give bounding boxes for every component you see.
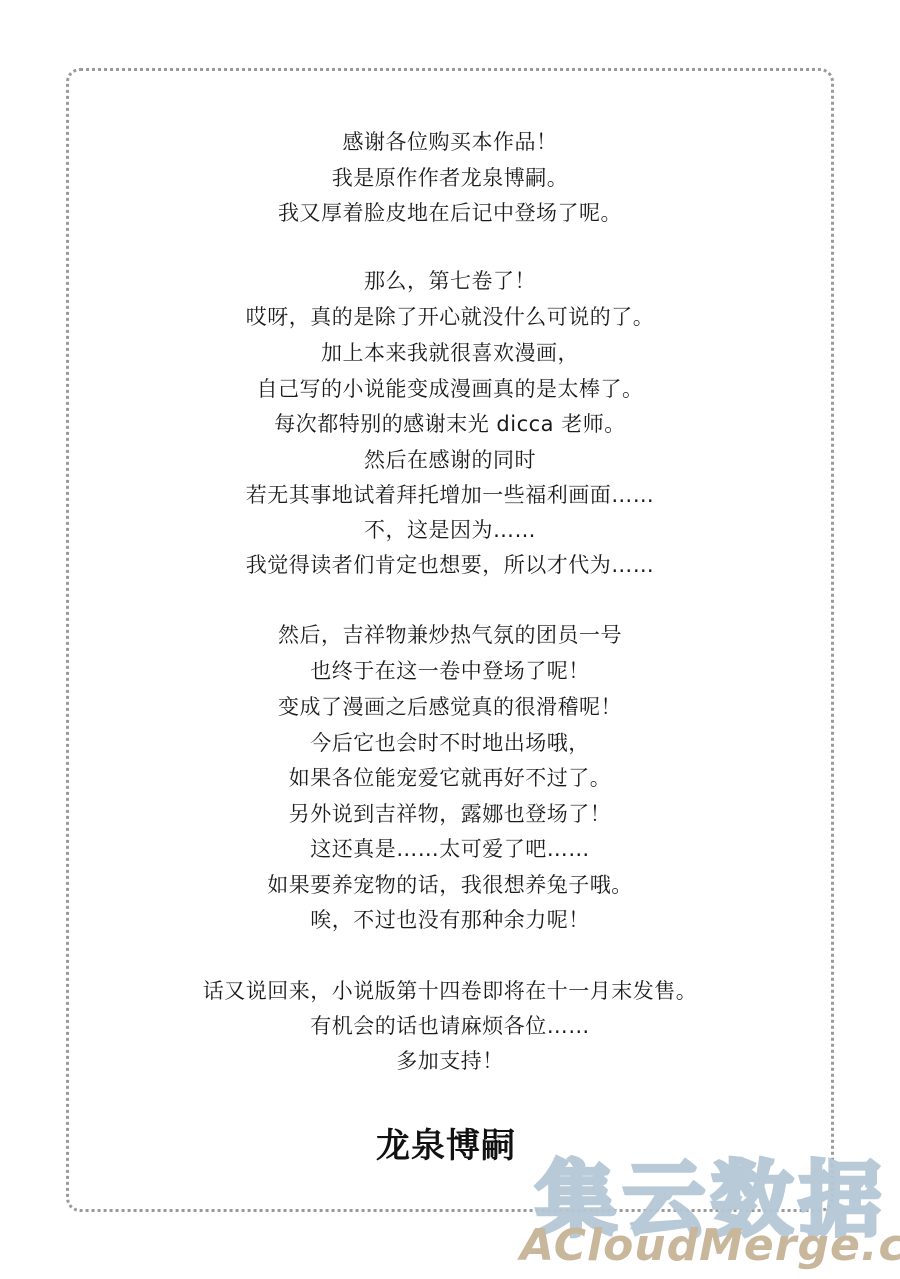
text-line: 然后，吉祥物兼炒热气氛的团员一号 [0, 620, 900, 650]
text-line: 若无其事地试着拜托增加一些福利画面…… [0, 480, 900, 510]
author-signature: 龙泉博嗣 [376, 1118, 516, 1167]
text-line: 那么，第七卷了！ [0, 266, 900, 296]
text-line: 我是原作作者龙泉博嗣。 [0, 163, 900, 193]
text-line: 加上本来我就很喜欢漫画， [0, 338, 900, 368]
text-line: 如果各位能宠爱它就再好不过了。 [0, 763, 900, 793]
text-line: 这还真是……太可爱了吧…… [0, 834, 900, 864]
text-line: 多加支持！ [0, 1046, 900, 1076]
text-line: 变成了漫画之后感觉真的很滑稽呢！ [0, 692, 900, 722]
text-line: 哎呀，真的是除了开心就没什么可说的了。 [0, 302, 900, 332]
text-line: 然后在感谢的同时 [0, 445, 900, 475]
text-line: 不，这是因为…… [0, 515, 900, 545]
text-line: 话又说回来，小说版第十四卷即将在十一月末发售。 [0, 976, 900, 1006]
text-line: 也终于在这一卷中登场了呢！ [0, 656, 900, 686]
watermark-english: ACloudMerge.com [520, 1220, 900, 1271]
text-line: 自己写的小说能变成漫画真的是太棒了。 [0, 374, 900, 404]
text-line: 另外说到吉祥物，露娜也登场了！ [0, 799, 900, 829]
text-line: 有机会的话也请麻烦各位…… [0, 1011, 900, 1041]
text-line: 今后它也会时不时地出场哦， [0, 728, 900, 758]
text-line: 唉，不过也没有那种余力呢！ [0, 905, 900, 935]
text-line: 我觉得读者们肯定也想要，所以才代为…… [0, 550, 900, 580]
text-line: 我又厚着脸皮地在后记中登场了呢。 [0, 198, 900, 228]
text-line: 每次都特别的感谢末光 dicca 老师。 [0, 409, 900, 439]
text-line: 如果要养宠物的话，我很想养兔子哦。 [0, 870, 900, 900]
text-line: 感谢各位购买本作品！ [0, 127, 900, 157]
